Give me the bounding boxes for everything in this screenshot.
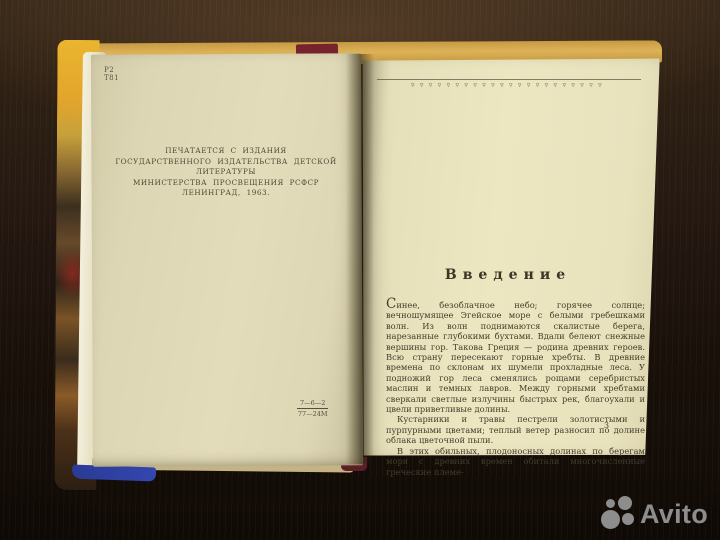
paragraph-1-text: инее, безоблачное небо; горячее солнце; …	[386, 300, 645, 414]
print-code: 7—6—2 77—24М	[297, 399, 328, 418]
ornament-row-icon: ▿▿▿▿▿▿▿▿▿▿▿▿▿▿▿▿▿▿▿▿▿▿	[377, 79, 641, 89]
book-photo: Р2 Т81 ПЕЧАТАЕТСЯ С ИЗДАНИЯ ГОСУДАРСТВЕН…	[0, 0, 720, 540]
avito-watermark: Avito	[601, 496, 708, 532]
print-code-numerator: 7—6—2	[297, 399, 328, 409]
library-code-line1: Р2	[104, 66, 119, 74]
library-code-line2: Т81	[104, 74, 119, 82]
cover-corner-blue	[72, 465, 156, 482]
imprint-line: МИНИСТЕРСТВА ПРОСВЕЩЕНИЯ РСФСР	[100, 178, 352, 189]
avito-wordmark: Avito	[640, 496, 708, 532]
paragraph-2: Кустарники и травы пестрели золотистыми …	[386, 414, 645, 445]
imprint-line: ПЕЧАТАЕТСЯ С ИЗДАНИЯ	[100, 146, 352, 157]
imprint-line: ЛЕНИНГРАД, 1963.	[100, 188, 352, 199]
paragraph-3: В этих обильных, плодоносных долинах по …	[386, 446, 645, 477]
imprint-line: ГОСУДАРСТВЕННОГО ИЗДАТЕЛЬСТВА ДЕТСКОЙ ЛИ…	[100, 157, 352, 178]
page-number: 3	[604, 421, 609, 430]
body-text: Синее, безоблачное небо; горячее солнце;…	[386, 300, 645, 477]
library-code-stamp: Р2 Т81	[104, 66, 119, 82]
imprint-block: ПЕЧАТАЕТСЯ С ИЗДАНИЯ ГОСУДАРСТВЕННОГО ИЗ…	[100, 146, 352, 199]
chapter-heading: Введение	[380, 267, 636, 283]
avito-logo-icon	[601, 496, 635, 532]
paragraph-1: Синее, безоблачное небо; горячее солнце;…	[386, 300, 645, 414]
print-code-denominator: 77—24М	[297, 409, 328, 418]
